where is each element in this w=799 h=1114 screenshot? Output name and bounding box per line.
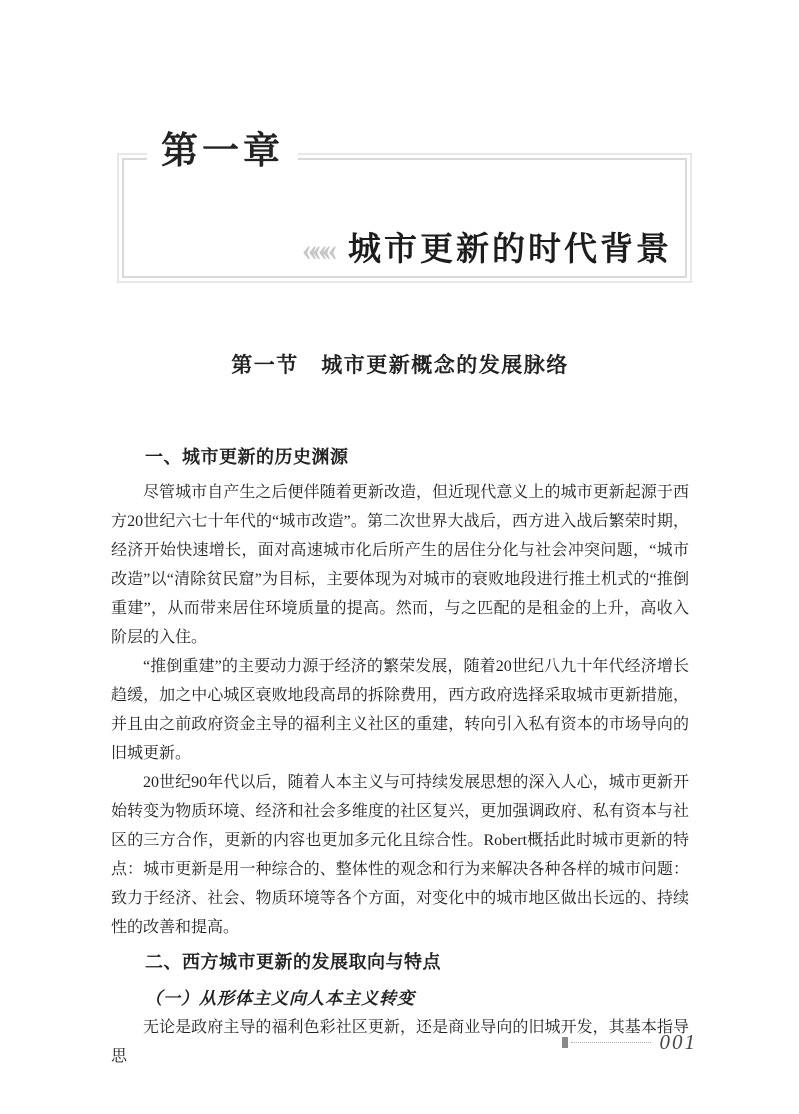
paragraph-history-origin: 尽管城市自产生之后便伴随着更新改造，但近现代意义上的城市更新起源于西方20世纪六…: [111, 478, 689, 652]
chapter-number-label: 第一章: [147, 129, 298, 173]
footer-bar-icon: [562, 1037, 568, 1048]
chapter-title: 城市更新的时代背景: [348, 230, 672, 270]
chapter-title-row: ««« 城市更新的时代背景: [302, 230, 672, 270]
page-footer: 001: [562, 1031, 698, 1053]
chapter-header-box: 第一章 ««« 城市更新的时代背景: [117, 153, 692, 283]
paragraph-demolish-rebuild: “推倒重建”的主要动力源于经济的繁荣发展，随着20世纪八九十年代经济增长趋缓，加…: [111, 652, 689, 768]
paragraph-1990s-shift: 20世纪90年代以后，随着人本主义与可持续发展思想的深入人心，城市更新开始转变为…: [111, 768, 689, 942]
heading-history: 一、城市更新的历史渊源: [145, 446, 689, 468]
page-number: 001: [660, 1030, 698, 1055]
section-title: 第一节 城市更新概念的发展脉络: [111, 349, 689, 379]
heading-western-trends: 二、西方城市更新的发展取向与特点: [145, 951, 689, 973]
subheading-humanism-shift: （一）从形体主义向人本主义转变: [145, 987, 689, 1010]
footer-dotted-line: [571, 1042, 651, 1043]
book-page: 第一章 ««« 城市更新的时代背景 第一节 城市更新概念的发展脉络 一、城市更新…: [0, 0, 799, 1114]
chevrons-left-icon: «««: [302, 234, 332, 267]
body-content: 一、城市更新的历史渊源 尽管城市自产生之后便伴随着更新改造，但近现代意义上的城市…: [111, 446, 689, 1071]
